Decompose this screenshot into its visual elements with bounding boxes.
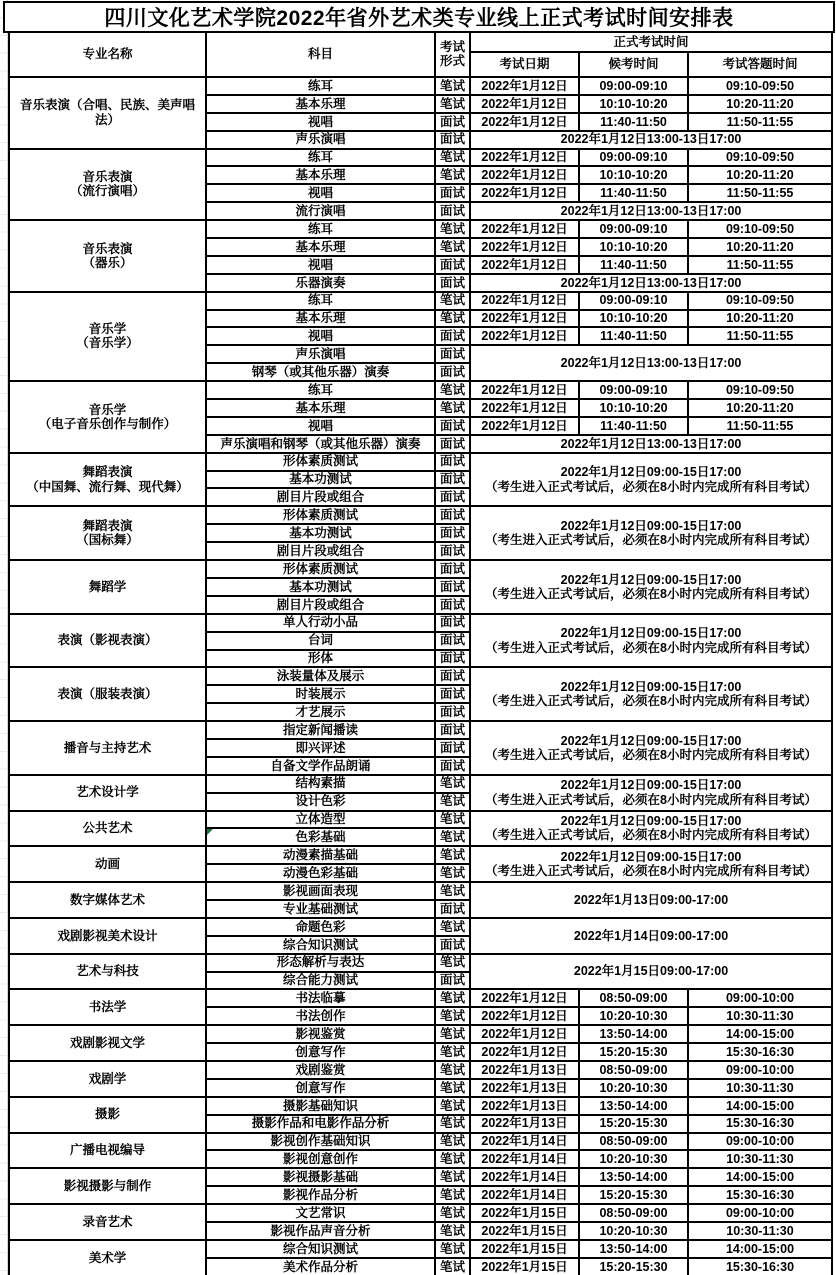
exam-date-cell: 2022年1月12日 [470, 1025, 579, 1043]
subject-label: 形体素质测试 [283, 508, 358, 522]
exam-format-cell: 笔试 [435, 1007, 470, 1025]
exam-format-cell: 面试 [435, 650, 470, 668]
subject-label: 综合知识测试 [283, 938, 358, 952]
table-row: 舞蹈表演 （国标舞）形体素质测试面试2022年1月12日09:00-15日17:… [9, 506, 832, 524]
exam-format-cell: 笔试 [435, 292, 470, 310]
exam-format-cell: 面试 [435, 703, 470, 721]
subject-cell: 视唱 [206, 417, 435, 435]
merged-time-line: （考生进入正式考试后，必须在8小时内完成所有科目考试） [472, 864, 830, 878]
subject-label: 基本功测试 [289, 526, 352, 540]
subject-label: 戏剧鉴赏 [295, 1063, 345, 1077]
subject-label: 影视鉴赏 [295, 1027, 345, 1041]
waiting-time-cell: 09:00-09:10 [579, 149, 688, 167]
subject-label: 形体素质测试 [283, 454, 358, 468]
subject-cell: 创意写作 [206, 1043, 435, 1061]
subject-cell: 台词 [206, 632, 435, 650]
table-row: 戏剧学戏剧鉴赏笔试2022年1月13日08:50-09:0009:00-10:0… [9, 1061, 832, 1079]
exam-format-cell: 笔试 [435, 864, 470, 882]
answering-time-cell: 10:20-11:20 [688, 95, 832, 113]
table-row: 表演（影视表演）单人行动小品面试2022年1月12日09:00-15日17:00… [9, 614, 832, 632]
merged-time-cell: 2022年1月12日09:00-15日17:00（考生进入正式考试后，必须在8小… [470, 721, 832, 775]
exam-format-cell: 笔试 [435, 828, 470, 846]
exam-date-cell: 2022年1月14日 [470, 1150, 579, 1168]
subject-label: 专业基础测试 [283, 902, 358, 916]
exam-date-cell: 2022年1月12日 [470, 1043, 579, 1061]
subject-label: 泳装量体及展示 [277, 669, 365, 683]
exam-date-cell: 2022年1月12日 [470, 256, 579, 274]
major-cell: 公共艺术 [9, 811, 206, 847]
subject-cell: 动漫素描基础 [206, 846, 435, 864]
exam-date-cell: 2022年1月15日 [470, 1222, 579, 1240]
subject-label: 形体 [308, 651, 333, 665]
merged-time-line: （考生进入正式考试后，必须在8小时内完成所有科目考试） [472, 587, 830, 601]
exam-format-cell: 笔试 [435, 1079, 470, 1097]
subject-cell: 综合知识测试 [206, 936, 435, 954]
exam-format-cell: 面试 [435, 667, 470, 685]
subject-cell: 练耳 [206, 292, 435, 310]
subject-label: 基本乐理 [295, 311, 345, 325]
exam-format-cell: 面试 [435, 757, 470, 775]
exam-date-cell: 2022年1月12日 [470, 381, 579, 399]
merged-time-cell: 2022年1月12日13:00-13日17:00 [470, 345, 832, 381]
exam-format-cell: 面试 [435, 596, 470, 614]
subject-cell: 影视作品声音分析 [206, 1222, 435, 1240]
major-cell: 录音艺术 [9, 1204, 206, 1240]
waiting-time-cell: 09:00-09:10 [579, 292, 688, 310]
subject-label: 视唱 [308, 115, 333, 129]
answering-time-cell: 14:00-15:00 [688, 1025, 832, 1043]
subject-label: 基本功测试 [289, 580, 352, 594]
exam-format-cell: 笔试 [435, 95, 470, 113]
header-row-1: 专业名称 科目 考试 形式 正式考试时间 [9, 32, 832, 52]
major-cell: 舞蹈学 [9, 560, 206, 614]
subject-cell: 时装展示 [206, 685, 435, 703]
merged-time-line: 2022年1月12日13:00-13日17:00 [472, 132, 830, 146]
subject-label: 视唱 [308, 419, 333, 433]
merged-time-cell: 2022年1月12日09:00-15日17:00（考生进入正式考试后，必须在8小… [470, 453, 832, 507]
answering-time-cell: 11:50-11:55 [688, 417, 832, 435]
waiting-time-cell: 08:50-09:00 [579, 989, 688, 1007]
exam-format-cell: 面试 [435, 202, 470, 220]
answering-time-cell: 10:20-11:20 [688, 310, 832, 328]
exam-format-cell: 笔试 [435, 238, 470, 256]
subject-label: 视唱 [308, 329, 333, 343]
subject-cell: 形体素质测试 [206, 453, 435, 471]
merged-time-cell: 2022年1月12日09:00-15日17:00（考生进入正式考试后，必须在8小… [470, 811, 832, 847]
table-row: 音乐表演（合唱、民族、美声唱法）练耳笔试2022年1月12日09:00-09:1… [9, 77, 832, 95]
merged-time-cell: 2022年1月12日13:00-13日17:00 [470, 131, 832, 149]
table-row: 戏剧影视文学影视鉴赏笔试2022年1月12日13:50-14:0014:00-1… [9, 1025, 832, 1043]
exam-format-cell: 面试 [435, 274, 470, 292]
exam-date-cell: 2022年1月15日 [470, 1204, 579, 1222]
answering-time-cell: 11:50-11:55 [688, 256, 832, 274]
subject-label: 书法创作 [295, 1009, 345, 1023]
exam-format-cell: 面试 [435, 721, 470, 739]
major-cell: 动画 [9, 846, 206, 882]
subject-label: 动漫素描基础 [283, 848, 358, 862]
major-cell: 美术学 [9, 1240, 206, 1275]
table-row: 影视摄影与制作影视摄影基础笔试2022年1月14日13:50-14:0014:0… [9, 1168, 832, 1186]
exam-format-cell: 笔试 [435, 1025, 470, 1043]
waiting-time-cell: 10:10-10:20 [579, 166, 688, 184]
subject-cell: 即兴评述 [206, 739, 435, 757]
table-row: 舞蹈表演 （中国舞、流行舞、现代舞）形体素质测试面试2022年1月12日09:0… [9, 453, 832, 471]
table-row: 数字媒体艺术影视画面表现笔试2022年1月13日09:00-17:00 [9, 882, 832, 900]
subject-label: 练耳 [308, 293, 333, 307]
waiting-time-cell: 10:10-10:20 [579, 399, 688, 417]
waiting-time-cell: 13:50-14:00 [579, 1097, 688, 1115]
answering-time-cell: 10:30-11:30 [688, 1222, 832, 1240]
exam-format-cell: 面试 [435, 560, 470, 578]
major-cell: 音乐表演 （流行演唱） [9, 149, 206, 221]
subject-cell: 基本功测试 [206, 524, 435, 542]
exam-format-cell: 面试 [435, 113, 470, 131]
merged-time-cell: 2022年1月12日09:00-15日17:00（考生进入正式考试后，必须在8小… [470, 614, 832, 668]
table-row: 书法学书法临摹笔试2022年1月12日08:50-09:0009:00-10:0… [9, 989, 832, 1007]
exam-format-cell: 面试 [435, 417, 470, 435]
exam-format-cell: 面试 [435, 578, 470, 596]
waiting-time-cell: 08:50-09:00 [579, 1061, 688, 1079]
exam-date-cell: 2022年1月15日 [470, 1258, 579, 1275]
subject-label: 动漫色彩基础 [283, 866, 358, 880]
subject-cell: 形体素质测试 [206, 560, 435, 578]
major-cell: 音乐表演（合唱、民族、美声唱法） [9, 77, 206, 149]
subject-label: 形态解析与表达 [277, 955, 365, 969]
subject-label: 结构素描 [295, 776, 345, 790]
subject-label: 综合知识测试 [283, 1242, 358, 1256]
major-cell: 音乐学 （电子音乐创作与制作） [9, 381, 206, 453]
subject-cell: 影视作品分析 [206, 1186, 435, 1204]
exam-format-cell: 笔试 [435, 882, 470, 900]
subject-label: 钢琴（或其他乐器）演奏 [252, 365, 390, 379]
merged-time-line: （考生进入正式考试后，必须在8小时内完成所有科目考试） [472, 480, 830, 494]
merged-time-line: （考生进入正式考试后，必须在8小时内完成所有科目考试） [472, 793, 830, 807]
table-row: 艺术与科技形态解析与表达笔试2022年1月15日09:00-17:00 [9, 954, 832, 972]
subject-cell: 基本乐理 [206, 310, 435, 328]
subject-label: 基本功测试 [289, 472, 352, 486]
subject-label: 影视作品分析 [283, 1188, 358, 1202]
exam-format-cell: 面试 [435, 614, 470, 632]
major-cell: 音乐表演 （器乐） [9, 220, 206, 292]
exam-format-cell: 笔试 [435, 846, 470, 864]
merged-time-cell: 2022年1月15日09:00-17:00 [470, 954, 832, 990]
header-exam-format-line1: 考试 [437, 41, 468, 54]
merged-time-cell: 2022年1月12日09:00-15日17:00（考生进入正式考试后，必须在8小… [470, 506, 832, 560]
subject-cell: 影视创作基础知识 [206, 1133, 435, 1151]
exam-format-cell: 笔试 [435, 811, 470, 829]
waiting-time-cell: 10:10-10:20 [579, 95, 688, 113]
subject-label: 声乐演唱 [295, 347, 345, 361]
subject-cell: 声乐演唱 [206, 345, 435, 363]
waiting-time-cell: 15:20-15:30 [579, 1043, 688, 1061]
major-cell: 影视摄影与制作 [9, 1168, 206, 1204]
merged-time-line: 2022年1月12日13:00-13日17:00 [472, 276, 830, 290]
subject-cell: 单人行动小品 [206, 614, 435, 632]
header-exam-date: 考试日期 [470, 52, 579, 77]
merged-time-line: （考生进入正式考试后，必须在8小时内完成所有科目考试） [472, 828, 830, 842]
table-row: 音乐表演 （器乐）练耳笔试2022年1月12日09:00-09:1009:10-… [9, 220, 832, 238]
merged-time-line: （考生进入正式考试后，必须在8小时内完成所有科目考试） [472, 748, 830, 762]
exam-format-cell: 笔试 [435, 166, 470, 184]
subject-cell: 剧目片段或组合 [206, 596, 435, 614]
exam-format-cell: 笔试 [435, 775, 470, 793]
exam-format-cell: 笔试 [435, 399, 470, 417]
subject-cell: 钢琴（或其他乐器）演奏 [206, 363, 435, 381]
header-exam-format: 考试 形式 [435, 32, 470, 77]
subject-label: 练耳 [308, 222, 333, 236]
major-cell: 广播电视编导 [9, 1133, 206, 1169]
subject-label: 基本乐理 [295, 240, 345, 254]
merged-time-line: 2022年1月12日09:00-15日17:00 [472, 573, 830, 587]
table-row: 摄影摄影基础知识笔试2022年1月13日13:50-14:0014:00-15:… [9, 1097, 832, 1115]
subject-label: 形体素质测试 [283, 562, 358, 576]
subject-label: 影视创意创作 [283, 1152, 358, 1166]
header-waiting-time: 候考时间 [579, 52, 688, 77]
subject-cell: 形体 [206, 650, 435, 668]
merged-time-cell: 2022年1月13日09:00-17:00 [470, 882, 832, 918]
exam-format-cell: 面试 [435, 632, 470, 650]
green-corner-flag-icon [207, 829, 213, 835]
subject-cell: 基本乐理 [206, 399, 435, 417]
subject-cell: 练耳 [206, 381, 435, 399]
subject-label: 剧目片段或组合 [277, 544, 365, 558]
subject-cell: 形体素质测试 [206, 506, 435, 524]
subject-label: 自备文学作品朗诵 [270, 759, 370, 773]
exam-date-cell: 2022年1月13日 [470, 1115, 579, 1133]
waiting-time-cell: 10:20-10:30 [579, 1079, 688, 1097]
exam-format-cell: 面试 [435, 363, 470, 381]
subject-label: 剧目片段或组合 [277, 490, 365, 504]
exam-date-cell: 2022年1月12日 [470, 238, 579, 256]
answering-time-cell: 15:30-16:30 [688, 1186, 832, 1204]
subject-cell: 创意写作 [206, 1079, 435, 1097]
subject-label: 练耳 [308, 150, 333, 164]
subject-label: 视唱 [308, 186, 333, 200]
exam-format-cell: 面试 [435, 506, 470, 524]
table-row: 公共艺术立体造型笔试2022年1月12日09:00-15日17:00（考生进入正… [9, 811, 832, 829]
subject-label: 练耳 [308, 79, 333, 93]
exam-format-cell: 面试 [435, 131, 470, 149]
subject-label: 视唱 [308, 258, 333, 272]
answering-time-cell: 09:10-09:50 [688, 292, 832, 310]
merged-time-line: （考生进入正式考试后，必须在8小时内完成所有科目考试） [472, 694, 830, 708]
exam-format-cell: 笔试 [435, 1133, 470, 1151]
exam-format-cell: 笔试 [435, 793, 470, 811]
waiting-time-cell: 08:50-09:00 [579, 1204, 688, 1222]
answering-time-cell: 09:10-09:50 [688, 220, 832, 238]
merged-time-line: 2022年1月12日09:00-15日17:00 [472, 778, 830, 792]
exam-format-cell: 笔试 [435, 149, 470, 167]
waiting-time-cell: 11:40-11:50 [579, 113, 688, 131]
exam-date-cell: 2022年1月12日 [470, 95, 579, 113]
waiting-time-cell: 09:00-09:10 [579, 381, 688, 399]
answering-time-cell: 14:00-15:00 [688, 1168, 832, 1186]
major-cell: 数字媒体艺术 [9, 882, 206, 918]
exam-format-cell: 笔试 [435, 1115, 470, 1133]
subject-cell: 色彩基础 [206, 828, 435, 846]
major-cell: 舞蹈表演 （国标舞） [9, 506, 206, 560]
subject-cell: 基本功测试 [206, 471, 435, 489]
waiting-time-cell: 13:50-14:00 [579, 1168, 688, 1186]
major-cell: 戏剧影视文学 [9, 1025, 206, 1061]
subject-cell: 声乐演唱 [206, 131, 435, 149]
subject-cell: 综合知识测试 [206, 1240, 435, 1258]
exam-format-cell: 面试 [435, 471, 470, 489]
merged-time-line: 2022年1月12日13:00-13日17:00 [472, 356, 830, 370]
subject-cell: 自备文学作品朗诵 [206, 757, 435, 775]
exam-format-cell: 笔试 [435, 1186, 470, 1204]
exam-format-cell: 面试 [435, 453, 470, 471]
answering-time-cell: 15:30-16:30 [688, 1043, 832, 1061]
subject-label: 影视创作基础知识 [270, 1134, 370, 1148]
subject-label: 声乐演唱和钢琴（或其他乐器）演奏 [220, 437, 420, 451]
subject-label: 创意写作 [295, 1045, 345, 1059]
merged-time-line: 2022年1月12日09:00-15日17:00 [472, 814, 830, 828]
subject-label: 命题色彩 [295, 920, 345, 934]
exam-format-cell: 笔试 [435, 381, 470, 399]
exam-date-cell: 2022年1月14日 [470, 1168, 579, 1186]
exam-format-cell: 笔试 [435, 1204, 470, 1222]
major-cell: 书法学 [9, 989, 206, 1025]
subject-label: 流行演唱 [295, 204, 345, 218]
exam-format-cell: 面试 [435, 972, 470, 990]
exam-format-cell: 面试 [435, 685, 470, 703]
exam-schedule-sheet: 四川文化艺术学院2022年省外艺术类专业线上正式考试时间安排表 专业名称 科目 … [0, 0, 836, 1275]
subject-label: 影视摄影基础 [283, 1170, 358, 1184]
waiting-time-cell: 15:20-15:30 [579, 1186, 688, 1204]
table-row: 舞蹈学形体素质测试面试2022年1月12日09:00-15日17:00（考生进入… [9, 560, 832, 578]
exam-format-cell: 笔试 [435, 1097, 470, 1115]
exam-date-cell: 2022年1月14日 [470, 1186, 579, 1204]
waiting-time-cell: 13:50-14:00 [579, 1025, 688, 1043]
subject-cell: 专业基础测试 [206, 900, 435, 918]
answering-time-cell: 15:30-16:30 [688, 1258, 832, 1275]
merged-time-line: 2022年1月14日09:00-17:00 [472, 929, 830, 943]
subject-cell: 基本功测试 [206, 578, 435, 596]
exam-format-cell: 笔试 [435, 1061, 470, 1079]
exam-date-cell: 2022年1月13日 [470, 1079, 579, 1097]
subject-label: 影视作品声音分析 [270, 1224, 370, 1238]
major-cell: 戏剧学 [9, 1061, 206, 1097]
exam-format-cell: 面试 [435, 524, 470, 542]
exam-date-cell: 2022年1月13日 [470, 1061, 579, 1079]
answering-time-cell: 11:50-11:55 [688, 113, 832, 131]
answering-time-cell: 09:10-09:50 [688, 77, 832, 95]
subject-label: 书法临摹 [295, 991, 345, 1005]
answering-time-cell: 10:30-11:30 [688, 1007, 832, 1025]
exam-date-cell: 2022年1月12日 [470, 989, 579, 1007]
major-cell: 音乐学 （音乐学） [9, 292, 206, 381]
table-row: 录音艺术文艺常识笔试2022年1月15日08:50-09:0009:00-10:… [9, 1204, 832, 1222]
subject-label: 声乐演唱 [295, 132, 345, 146]
answering-time-cell: 10:20-11:20 [688, 399, 832, 417]
major-cell: 摄影 [9, 1097, 206, 1133]
exam-format-cell: 面试 [435, 435, 470, 453]
answering-time-cell: 09:10-09:50 [688, 381, 832, 399]
spreadsheet-left-gutter [0, 0, 8, 1275]
waiting-time-cell: 10:20-10:30 [579, 1150, 688, 1168]
exam-format-cell: 笔试 [435, 1043, 470, 1061]
subject-cell: 美术作品分析 [206, 1258, 435, 1275]
subject-cell: 流行演唱 [206, 202, 435, 220]
title-box: 四川文化艺术学院2022年省外艺术类专业线上正式考试时间安排表 [3, 1, 835, 33]
subject-cell: 命题色彩 [206, 918, 435, 936]
subject-cell: 剧目片段或组合 [206, 488, 435, 506]
header-answering-time: 考试答题时间 [688, 52, 832, 77]
answering-time-cell: 09:10-09:50 [688, 149, 832, 167]
subject-cell: 视唱 [206, 256, 435, 274]
merged-time-cell: 2022年1月12日09:00-15日17:00（考生进入正式考试后，必须在8小… [470, 560, 832, 614]
subject-cell: 练耳 [206, 220, 435, 238]
table-row: 音乐学 （电子音乐创作与制作）练耳笔试2022年1月12日09:00-09:10… [9, 381, 832, 399]
merged-time-line: （考生进入正式考试后，必须在8小时内完成所有科目考试） [472, 641, 830, 655]
merged-time-line: （考生进入正式考试后，必须在8小时内完成所有科目考试） [472, 533, 830, 547]
exam-format-cell: 笔试 [435, 1258, 470, 1275]
waiting-time-cell: 15:20-15:30 [579, 1115, 688, 1133]
exam-format-cell: 笔试 [435, 989, 470, 1007]
answering-time-cell: 09:00-10:00 [688, 989, 832, 1007]
merged-time-cell: 2022年1月14日09:00-17:00 [470, 918, 832, 954]
subject-cell: 才艺展示 [206, 703, 435, 721]
major-cell: 戏剧影视美术设计 [9, 918, 206, 954]
major-cell: 表演（影视表演） [9, 614, 206, 668]
subject-cell: 剧目片段或组合 [206, 542, 435, 560]
waiting-time-cell: 11:40-11:50 [579, 184, 688, 202]
merged-time-cell: 2022年1月12日09:00-15日17:00（考生进入正式考试后，必须在8小… [470, 775, 832, 811]
table-row: 艺术设计学结构素描笔试2022年1月12日09:00-15日17:00（考生进入… [9, 775, 832, 793]
exam-date-cell: 2022年1月12日 [470, 1007, 579, 1025]
exam-format-cell: 面试 [435, 488, 470, 506]
subject-cell: 影视摄影基础 [206, 1168, 435, 1186]
waiting-time-cell: 10:20-10:30 [579, 1222, 688, 1240]
subject-label: 时装展示 [295, 687, 345, 701]
answering-time-cell: 10:20-11:20 [688, 166, 832, 184]
subject-label: 综合能力测试 [283, 973, 358, 987]
exam-format-cell: 面试 [435, 936, 470, 954]
waiting-time-cell: 10:10-10:20 [579, 238, 688, 256]
table-row: 播音与主持艺术指定新闻播读面试2022年1月12日09:00-15日17:00（… [9, 721, 832, 739]
merged-time-line: 2022年1月13日09:00-17:00 [472, 893, 830, 907]
subject-label: 创意写作 [295, 1081, 345, 1095]
answering-time-cell: 09:00-10:00 [688, 1204, 832, 1222]
exam-format-cell: 笔试 [435, 77, 470, 95]
exam-date-cell: 2022年1月15日 [470, 1240, 579, 1258]
exam-format-cell: 笔试 [435, 1168, 470, 1186]
header-subject: 科目 [206, 32, 435, 77]
merged-time-line: 2022年1月12日09:00-15日17:00 [472, 626, 830, 640]
subject-cell: 声乐演唱和钢琴（或其他乐器）演奏 [206, 435, 435, 453]
waiting-time-cell: 13:50-14:00 [579, 1240, 688, 1258]
subject-label: 设计色彩 [295, 794, 345, 808]
exam-format-cell: 笔试 [435, 1240, 470, 1258]
merged-time-line: 2022年1月12日09:00-15日17:00 [472, 734, 830, 748]
subject-cell: 结构素描 [206, 775, 435, 793]
subject-cell: 练耳 [206, 77, 435, 95]
subject-cell: 文艺常识 [206, 1204, 435, 1222]
merged-time-line: 2022年1月12日09:00-15日17:00 [472, 850, 830, 864]
answering-time-cell: 09:00-10:00 [688, 1133, 832, 1151]
answering-time-cell: 15:30-16:30 [688, 1115, 832, 1133]
major-cell: 舞蹈表演 （中国舞、流行舞、现代舞） [9, 453, 206, 507]
header-exam-format-line2: 形式 [437, 55, 468, 68]
exam-date-cell: 2022年1月12日 [470, 417, 579, 435]
exam-schedule-table: 专业名称 科目 考试 形式 正式考试时间 考试日期 候考时间 考试答题时间 音乐… [8, 31, 833, 1275]
exam-format-cell: 面试 [435, 327, 470, 345]
subject-label: 基本乐理 [295, 168, 345, 182]
subject-cell: 视唱 [206, 327, 435, 345]
table-row: 戏剧影视美术设计命题色彩笔试2022年1月14日09:00-17:00 [9, 918, 832, 936]
waiting-time-cell: 09:00-09:10 [579, 77, 688, 95]
